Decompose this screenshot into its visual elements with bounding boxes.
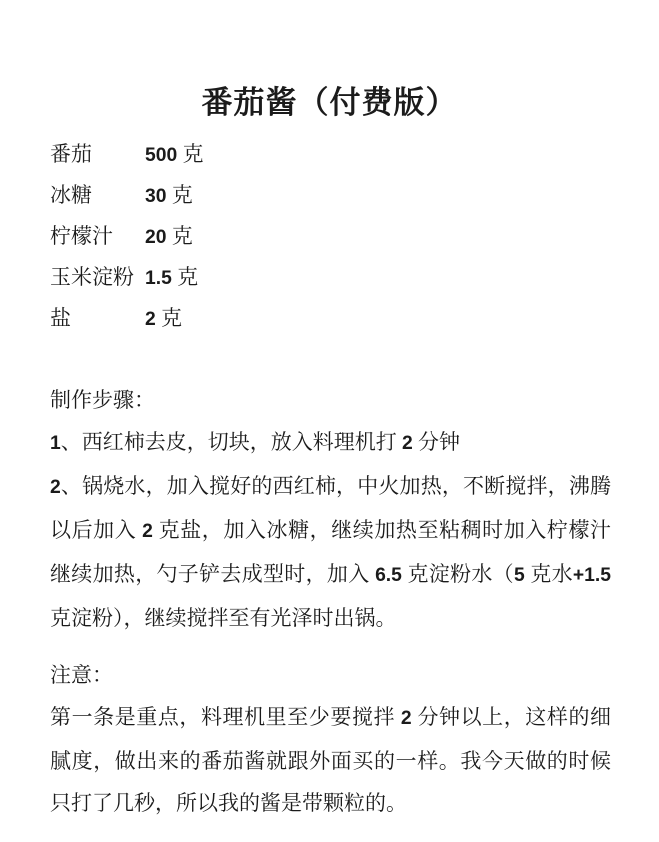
notes-heading: 注意：	[50, 654, 611, 696]
ingredient-name: 冰糖	[50, 175, 145, 216]
ingredient-row: 盐 2 克	[50, 298, 610, 339]
ingredient-name: 柠檬汁	[50, 216, 145, 257]
ingredient-name: 番茄	[50, 134, 145, 175]
ingredient-name: 玉米淀粉	[50, 257, 145, 298]
ingredient-amount: 30 克	[145, 175, 610, 217]
document-title: 番茄酱（付费版）	[0, 83, 659, 123]
notes-section: 注意： 第一条是重点，料理机里至少要搅拌 2 分钟以上，这样的细腻度，做出来的番…	[50, 654, 611, 824]
steps-heading: 制作步骤：	[50, 379, 611, 421]
ingredient-amount: 1.5 克	[145, 257, 610, 299]
ingredient-amount: 2 克	[145, 298, 610, 340]
ingredient-name: 盐	[50, 298, 145, 339]
steps-section: 制作步骤： 1、西红柿去皮，切块，放入料理机打 2 分钟 2、锅烧水，加入搅好的…	[50, 379, 611, 639]
ingredient-row: 柠檬汁 20 克	[50, 216, 610, 257]
document-page: 番茄酱（付费版） 番茄 500 克 冰糖 30 克 柠檬汁 20 克 玉米淀粉 …	[0, 0, 659, 842]
ingredient-amount: 20 克	[145, 216, 610, 258]
notes-paragraph: 第一条是重点，料理机里至少要搅拌 2 分钟以上，这样的细腻度，做出来的番茄酱就跟…	[50, 696, 611, 824]
ingredients-list: 番茄 500 克 冰糖 30 克 柠檬汁 20 克 玉米淀粉 1.5 克 盐 2…	[50, 134, 610, 339]
step-item-1: 1、西红柿去皮，切块，放入料理机打 2 分钟	[50, 421, 611, 465]
ingredient-row: 番茄 500 克	[50, 134, 610, 175]
ingredient-row: 玉米淀粉 1.5 克	[50, 257, 610, 298]
ingredient-row: 冰糖 30 克	[50, 175, 610, 216]
ingredient-amount: 500 克	[145, 134, 610, 176]
step-item-2: 2、锅烧水，加入搅好的西红柿，中火加热，不断搅拌，沸腾以后加入 2 克盐，加入冰…	[50, 465, 611, 639]
